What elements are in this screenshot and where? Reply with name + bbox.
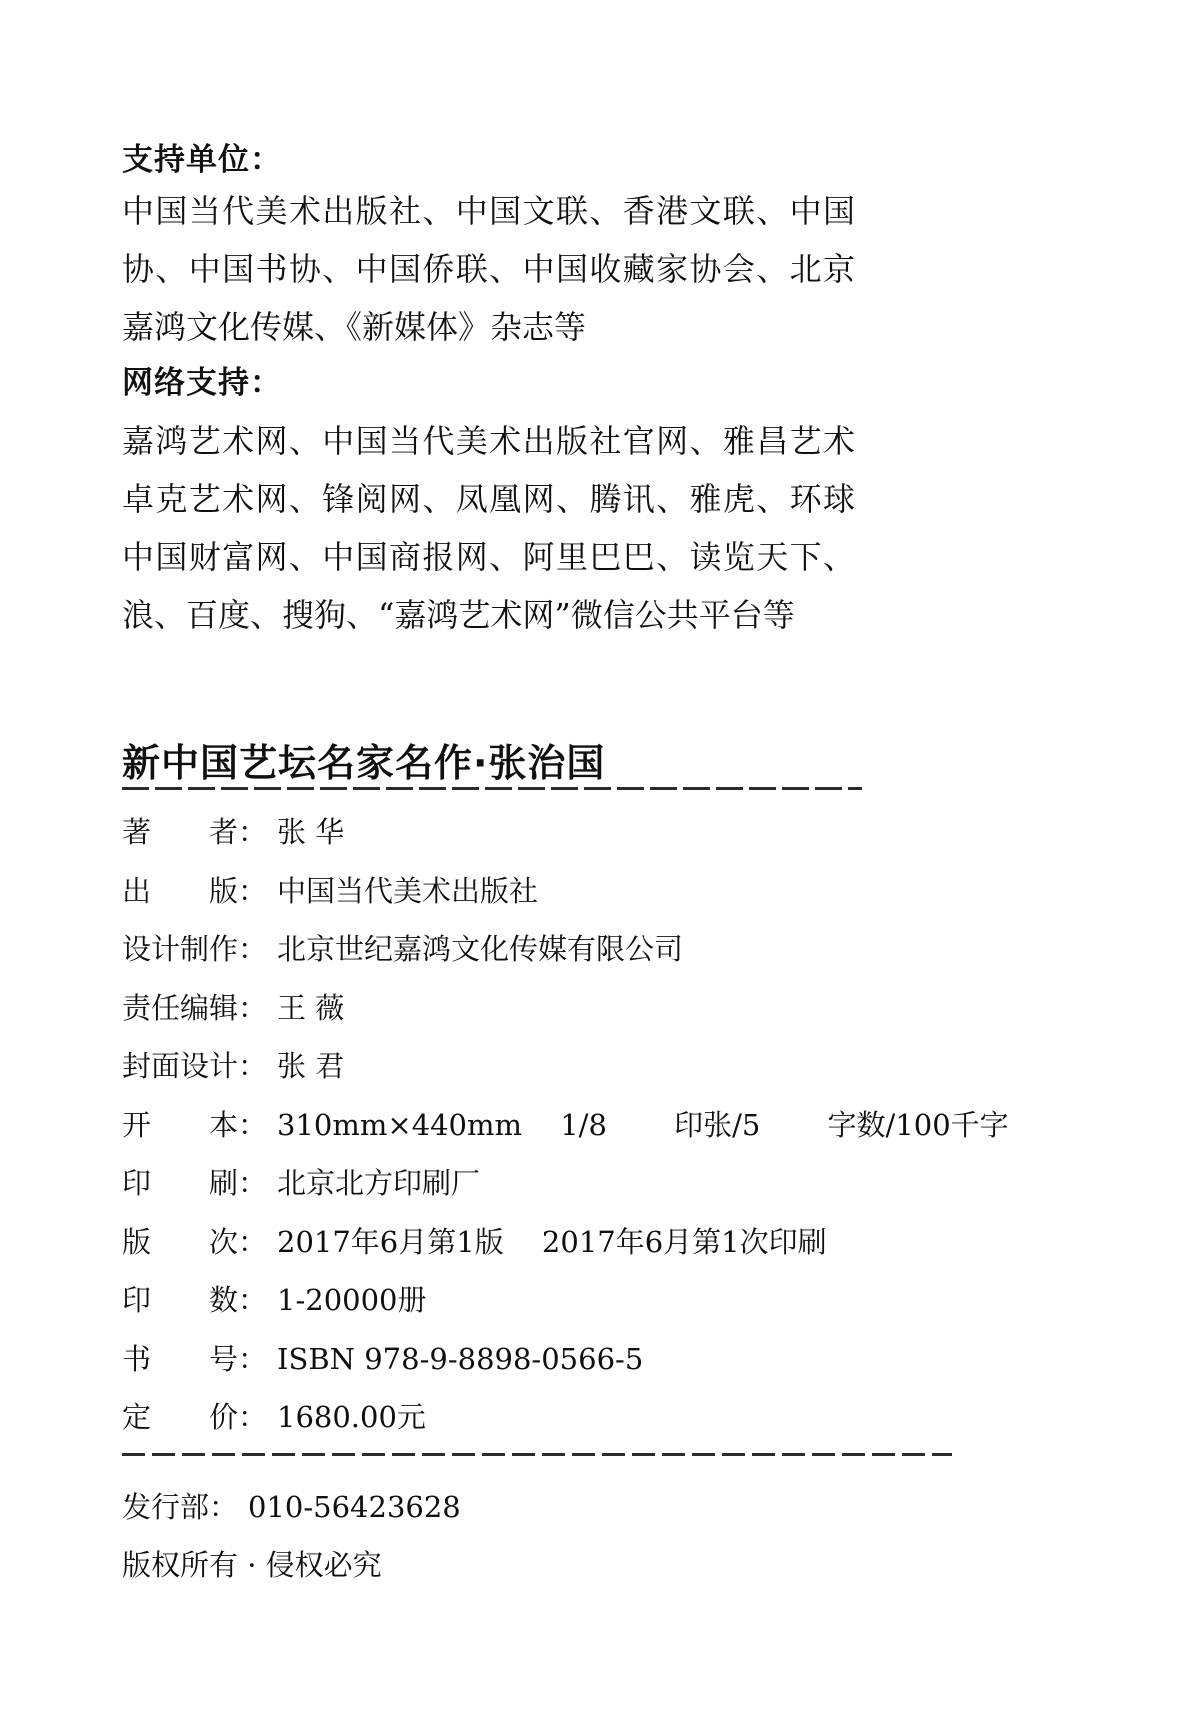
colophon-value: 北京北方印刷厂 [277, 1154, 480, 1213]
colophon-row: 印 刷： 北京北方印刷厂 [122, 1154, 862, 1213]
paragraph-line: 嘉鸿文化传媒、《新媒体》杂志等 [122, 298, 855, 356]
colophon-value: 1680.00元 [277, 1388, 426, 1447]
series-title-block: 新中国艺坛名家名作·张治国 [122, 741, 862, 790]
colophon-row: 责任编辑： 王 薇 [122, 979, 862, 1038]
footer: 发行部： 010-56423628 版权所有 · 侵权必究 [122, 1478, 862, 1595]
colophon-label: 设计制作： [122, 920, 277, 979]
colophon-value: 1-20000册 [277, 1271, 427, 1330]
copyright-notice: 版权所有 · 侵权必究 [122, 1536, 862, 1595]
series-title: 新中国艺坛名家名作·张治国 [122, 741, 862, 785]
colophon-row: 著 者： 张 华 [122, 803, 862, 862]
colophon-row: 印 数： 1-20000册 [122, 1271, 862, 1330]
colophon-value: 北京世纪嘉鸿文化传媒有限公司 [277, 920, 683, 979]
paragraph-line: 协、中国书协、中国侨联、中国收藏家协会、北京世纪 [122, 240, 855, 298]
title-underline [122, 787, 862, 790]
distribution-row: 发行部： 010-56423628 [122, 1478, 862, 1537]
colophon-label: 开 本： [122, 1096, 277, 1155]
paragraph-line: 卓克艺术网、锋阅网、凤凰网、腾讯、雅虎、环球网、 [122, 470, 855, 528]
colophon-label: 书 号： [122, 1330, 277, 1389]
colophon-value: 310mm×440mm 1/8 印张/5 字数/100千字 [277, 1096, 1009, 1155]
colophon-page: 支持单位： 中国当代美术出版社、中国文联、香港文联、中国美 协、中国书协、中国侨… [122, 0, 862, 1595]
distribution-label: 发行部： [122, 1478, 248, 1537]
colophon-label: 出 版： [122, 862, 277, 921]
colophon-label: 封面设计： [122, 1037, 277, 1096]
colophon-label: 印 刷： [122, 1154, 277, 1213]
colophon-value: 2017年6月第1版 2017年6月第1次印刷 [277, 1213, 827, 1272]
colophon-label: 责任编辑： [122, 979, 277, 1038]
colophon-value: 中国当代美术出版社 [277, 862, 538, 921]
colophon-row: 书 号： ISBN 978-9-8898-0566-5 [122, 1330, 862, 1389]
colophon-label: 版 次： [122, 1213, 277, 1272]
paragraph-line: 嘉鸿艺术网、中国当代美术出版社官网、雅昌艺术网、 [122, 412, 855, 470]
colophon-value: 王 薇 [277, 979, 344, 1038]
colophon-row: 定 价： 1680.00元 [122, 1388, 862, 1447]
network-support-heading: 网络支持： [122, 363, 862, 403]
colophon-row: 版 次： 2017年6月第1版 2017年6月第1次印刷 [122, 1213, 862, 1272]
supporters-heading: 支持单位： [122, 140, 862, 180]
colophon-label: 著 者： [122, 803, 277, 862]
colophon-row: 出 版： 中国当代美术出版社 [122, 862, 862, 921]
divider-dashed [122, 1453, 952, 1456]
colophon-row: 开 本： 310mm×440mm 1/8 印张/5 字数/100千字 [122, 1096, 862, 1155]
colophon-label: 定 价： [122, 1388, 277, 1447]
colophon-value: ISBN 978-9-8898-0566-5 [277, 1330, 643, 1389]
colophon-row: 封面设计： 张 君 [122, 1037, 862, 1096]
paragraph-line: 中国当代美术出版社、中国文联、香港文联、中国美 [122, 182, 855, 240]
colophon-row: 设计制作： 北京世纪嘉鸿文化传媒有限公司 [122, 920, 862, 979]
paragraph-line: 浪、百度、搜狗、“嘉鸿艺术网”微信公共平台等 [122, 586, 855, 644]
network-support-paragraph: 嘉鸿艺术网、中国当代美术出版社官网、雅昌艺术网、 卓克艺术网、锋阅网、凤凰网、腾… [122, 412, 855, 644]
colophon: 著 者： 张 华 出 版： 中国当代美术出版社 设计制作： 北京世纪嘉鸿文化传媒… [122, 803, 862, 1447]
paragraph-line: 中国财富网、中国商报网、阿里巴巴、读览天下、新 [122, 528, 855, 586]
supporters-paragraph: 中国当代美术出版社、中国文联、香港文联、中国美 协、中国书协、中国侨联、中国收藏… [122, 182, 855, 356]
colophon-value: 张 君 [277, 1037, 344, 1096]
colophon-label: 印 数： [122, 1271, 277, 1330]
distribution-value: 010-56423628 [248, 1478, 461, 1537]
colophon-value: 张 华 [277, 803, 344, 862]
